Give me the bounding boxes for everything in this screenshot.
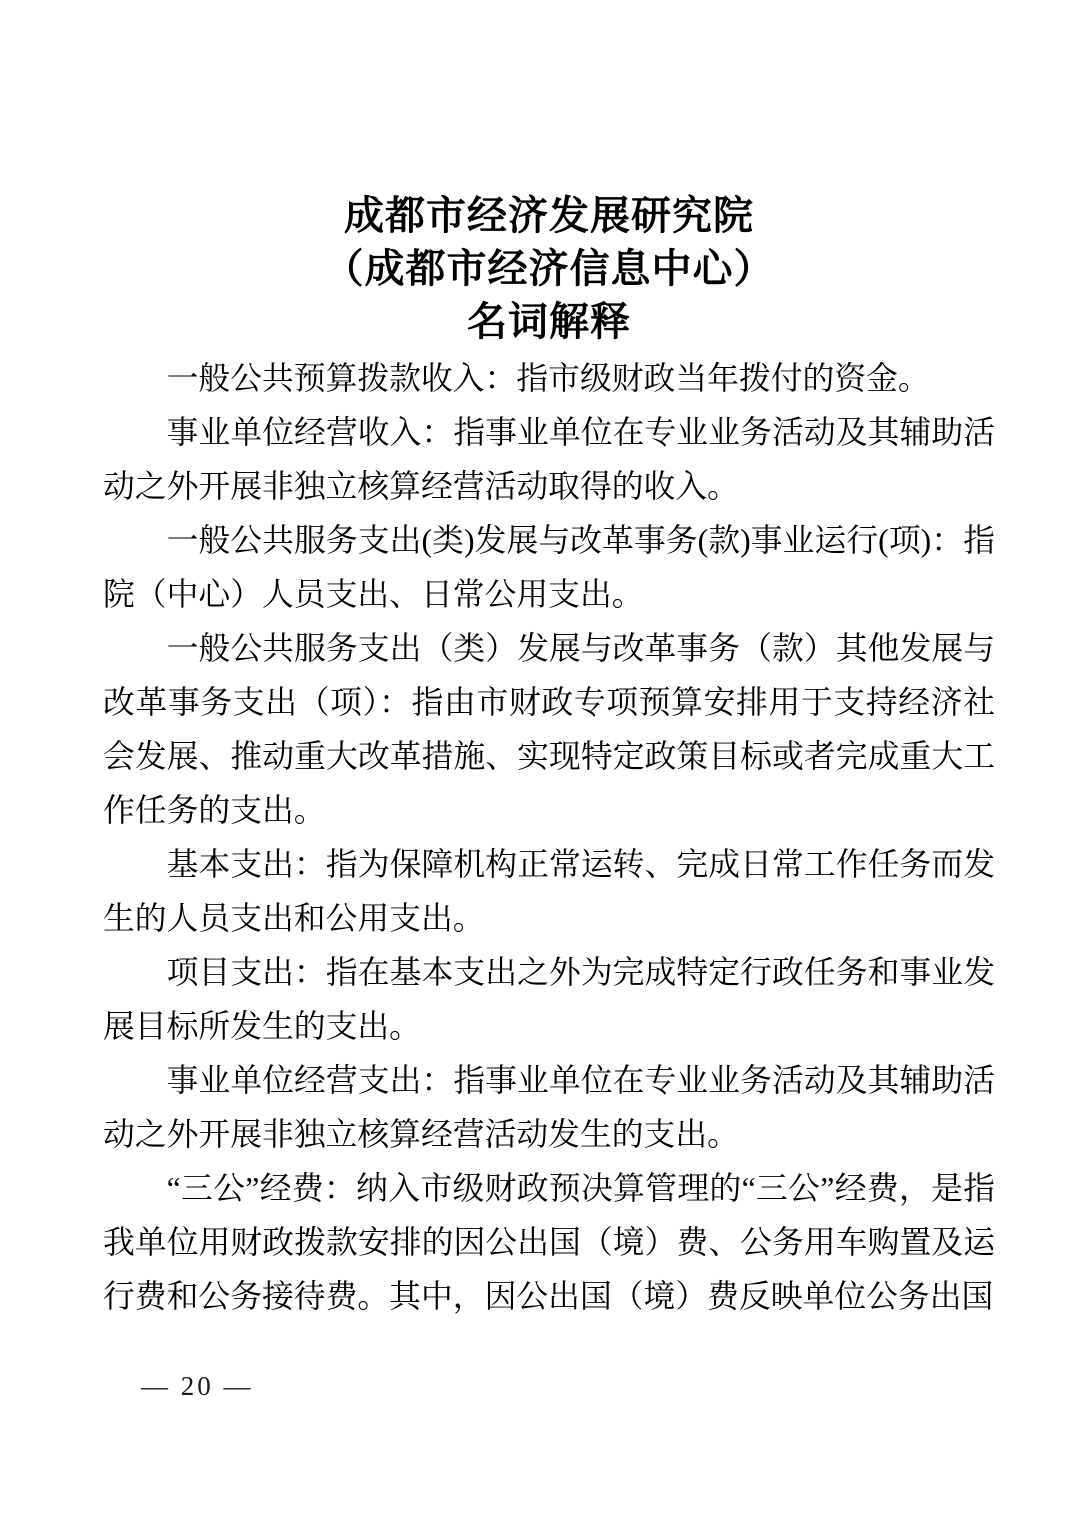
para-three-public-funds: “三公”经费：纳入市级财政预决算管理的“三公”经费，是指我单位用财政拨款安排的因… (103, 1162, 995, 1324)
title-line-center-name: （成都市经济信息中心） (103, 243, 995, 296)
title-line-glossary-heading: 名词解释 (103, 296, 995, 349)
para-project-expenditure: 项目支出：指在基本支出之外为完成特定行政任务和事业发展目标所发生的支出。 (103, 946, 995, 1054)
document-body: 一般公共预算拨款收入：指市级财政当年拨付的资金。 事业单位经营收入：指事业单位在… (103, 352, 995, 1324)
para-basic-expenditure: 基本支出：指为保障机构正常运转、完成日常工作任务而发生的人员支出和公用支出。 (103, 838, 995, 946)
para-general-public-service-expenditure-other-reform: 一般公共服务支出（类）发展与改革事务（款）其他发展与改革事务支出（项）：指由市财… (103, 622, 995, 838)
para-general-public-budget-allocation-income: 一般公共预算拨款收入：指市级财政当年拨付的资金。 (103, 352, 995, 406)
page-number-footer: — 20 — (141, 1369, 254, 1403)
document-title: 成都市经济发展研究院 （成都市经济信息中心） 名词解释 (103, 190, 995, 349)
title-line-institute-name: 成都市经济发展研究院 (103, 190, 995, 243)
para-business-unit-operating-income: 事业单位经营收入：指事业单位在专业业务活动及其辅助活动之外开展非独立核算经营活动… (103, 406, 995, 514)
para-business-unit-operating-expenditure: 事业单位经营支出：指事业单位在专业业务活动及其辅助活动之外开展非独立核算经营活动… (103, 1054, 995, 1162)
para-general-public-service-expenditure-operation: 一般公共服务支出(类)发展与改革事务(款)事业运行(项)：指院（中心）人员支出、… (103, 514, 995, 622)
document-page: 成都市经济发展研究院 （成都市经济信息中心） 名词解释 一般公共预算拨款收入：指… (0, 0, 1080, 1527)
